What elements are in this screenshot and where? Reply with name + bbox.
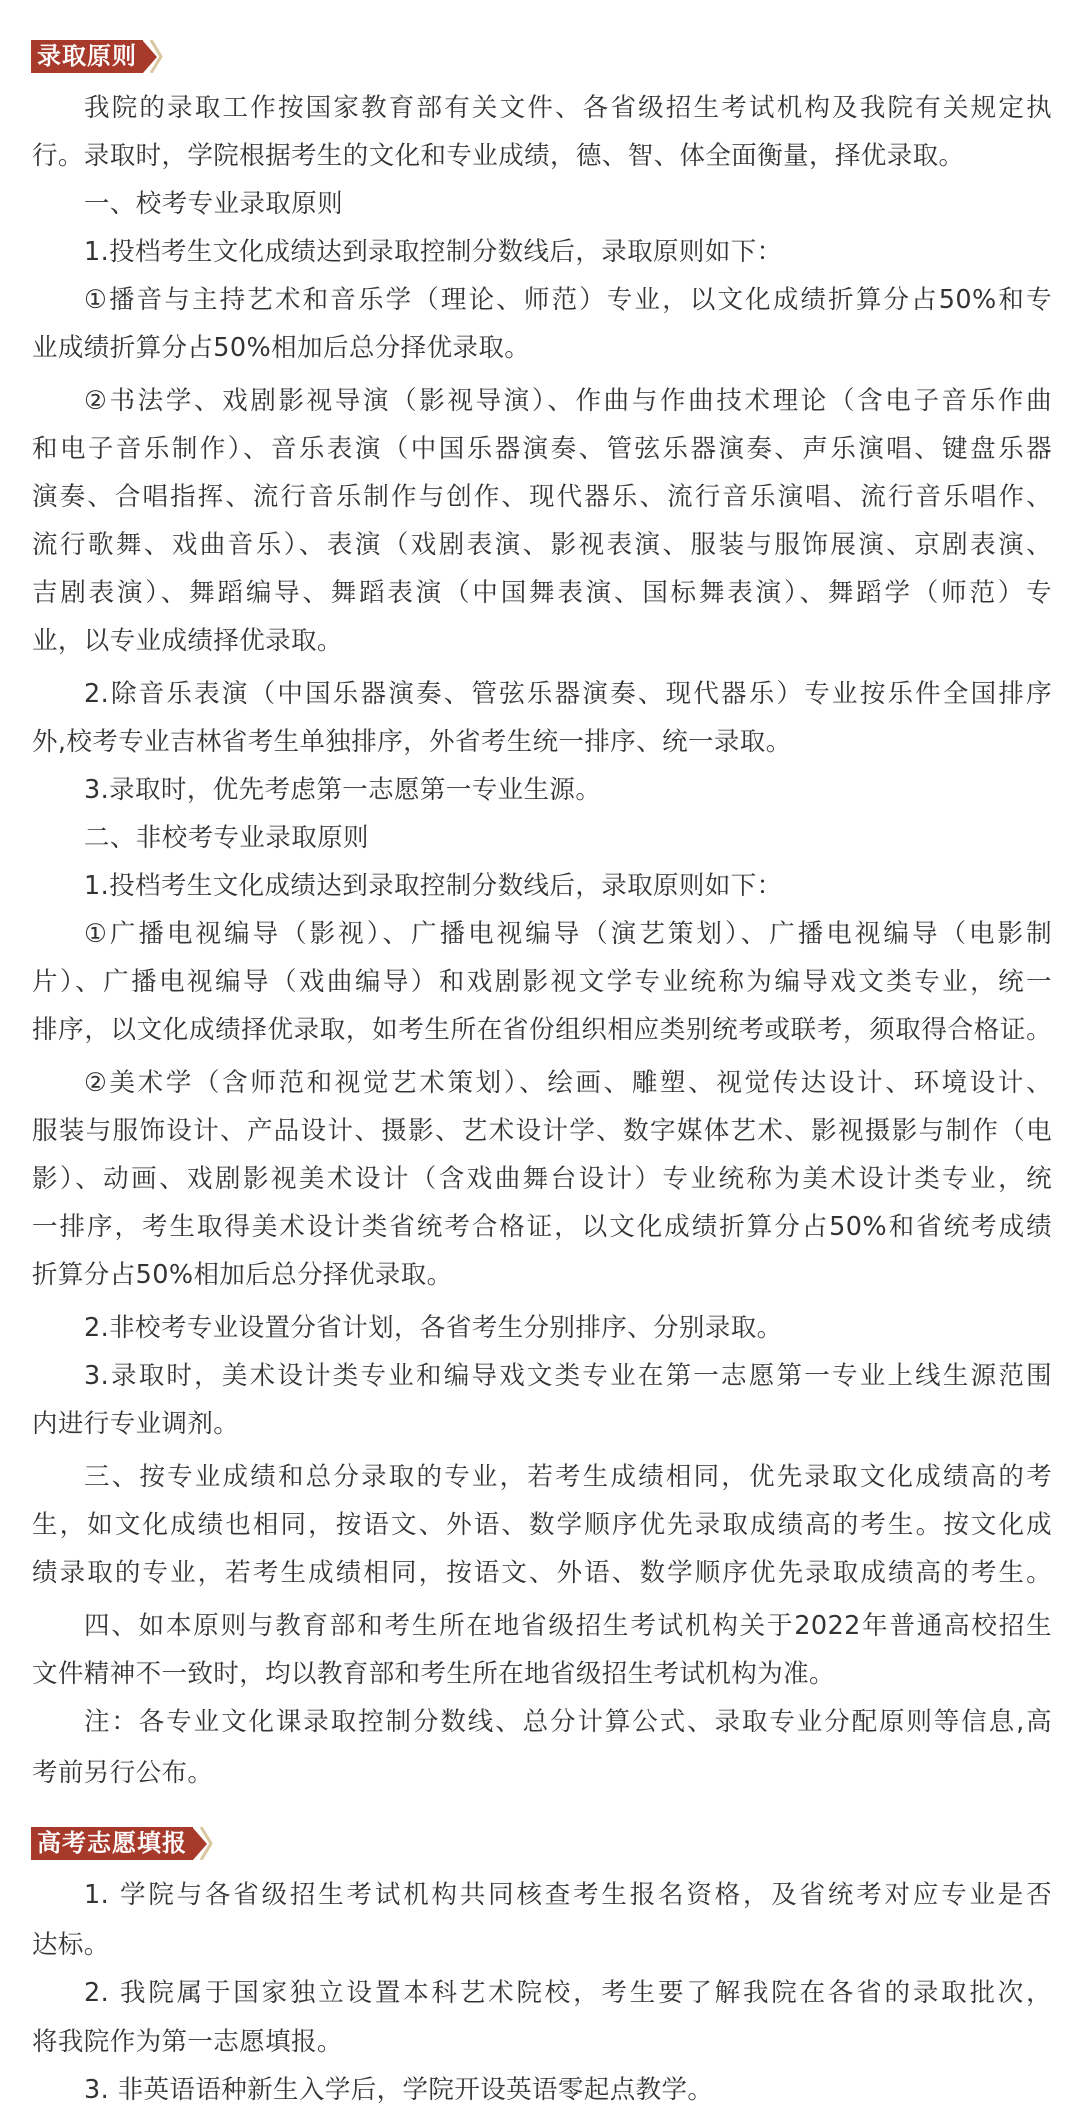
paragraph-line: 影）、动画、戏剧影视美术设计（含戏曲舞台设计）专业统称为美术设计类专业，统 bbox=[32, 1162, 1052, 1196]
paragraph-line: 行。录取时，学院根据考生的文化和专业成绩，德、智、体全面衡量，择优录取。 bbox=[32, 139, 1052, 173]
paragraph-line: 1. 学院与各省级招生考试机构共同核查考生报名资格，及省统考对应专业是否 bbox=[84, 1878, 1052, 1912]
section-header-badge: 高考志愿填报 bbox=[31, 1827, 213, 1860]
paragraph-line: 2. 我院属于国家独立设置本科艺术院校，考生要了解我院在各省的录取批次， bbox=[84, 1976, 1052, 2010]
paragraph-line: ①播音与主持艺术和音乐学（理论、师范）专业，以文化成绩折算分占50%和专 bbox=[84, 283, 1052, 317]
paragraph-line: 达标。 bbox=[32, 1928, 1052, 1962]
paragraph-line: 2.非校考专业设置分省计划，各省考生分别排序、分别录取。 bbox=[84, 1311, 1052, 1345]
paragraph-line: 3.录取时，优先考虑第一志愿第一专业生源。 bbox=[84, 773, 1052, 807]
paragraph-line: ②书法学、戏剧影视导演（影视导演）、作曲与作曲技术理论（含电子音乐作曲 bbox=[84, 384, 1052, 418]
paragraph-line: 外,校考专业吉林省考生单独排序，外省考生统一排序、统一录取。 bbox=[32, 725, 1052, 759]
paragraph-line: 生，如文化成绩也相同，按语文、外语、数学顺序优先录取成绩高的考生。按文化成 bbox=[32, 1508, 1052, 1542]
section-title: 录取原则 bbox=[31, 40, 143, 73]
paragraph-line: 将我院作为第一志愿填报。 bbox=[32, 2025, 1052, 2059]
paragraph-line: 绩录取的专业，若考生成绩相同，按语文、外语、数学顺序优先录取成绩高的考生。 bbox=[32, 1556, 1052, 1590]
paragraph-line: 3. 非英语语种新生入学后，学院开设英语零起点教学。 bbox=[84, 2073, 1052, 2104]
paragraph-line: 和电子音乐制作）、音乐表演（中国乐器演奏、管弦乐器演奏、声乐演唱、键盘乐器 bbox=[32, 432, 1052, 466]
chevron-right-icon bbox=[149, 40, 163, 73]
paragraph-line: 排序，以文化成绩择优录取，如考生所在省份组织相应类别统考或联考，须取得合格证。 bbox=[32, 1013, 1052, 1047]
paragraph-line: 四、如本原则与教育部和考生所在地省级招生考试机构关于2022年普通高校招生 bbox=[84, 1609, 1052, 1643]
paragraph-line: 我院的录取工作按国家教育部有关文件、各省级招生考试机构及我院有关规定执 bbox=[84, 91, 1052, 125]
paragraph-line: 业成绩折算分占50%相加后总分择优录取。 bbox=[32, 331, 1052, 365]
paragraph-line: 3.录取时，美术设计类专业和编导戏文类专业在第一志愿第一专业上线生源范围 bbox=[84, 1359, 1052, 1393]
paragraph-line: ①广播电视编导（影视）、广播电视编导（演艺策划）、广播电视编导（电影制 bbox=[84, 917, 1052, 951]
paragraph-line: 流行歌舞、戏曲音乐）、表演（戏剧表演、影视表演、服装与服饰展演、京剧表演、 bbox=[32, 528, 1052, 562]
paragraph-line: 1.投档考生文化成绩达到录取控制分数线后，录取原则如下： bbox=[84, 869, 1052, 903]
paragraph-line: 一排序，考生取得美术设计类省统考合格证，以文化成绩折算分占50%和省统考成绩 bbox=[32, 1210, 1052, 1244]
paragraph-line: 片）、广播电视编导（戏曲编导）和戏剧影视文学专业统称为编导戏文类专业，统一 bbox=[32, 965, 1052, 999]
paragraph-line: ②美术学（含师范和视觉艺术策划）、绘画、雕塑、视觉传达设计、环境设计、 bbox=[84, 1066, 1052, 1100]
section-header-badge: 录取原则 bbox=[31, 40, 163, 73]
paragraph-line: 注：各专业文化课录取控制分数线、总分计算公式、录取专业分配原则等信息,高 bbox=[84, 1705, 1052, 1739]
chevron-right-icon bbox=[199, 1827, 213, 1860]
paragraph-line: 业，以专业成绩择优录取。 bbox=[32, 624, 1052, 658]
paragraph-line: 考前另行公布。 bbox=[32, 1756, 1052, 1790]
paragraph-line: 三、按专业成绩和总分录取的专业，若考生成绩相同，优先录取文化成绩高的考 bbox=[84, 1460, 1052, 1494]
paragraph-line: 演奏、合唱指挥、流行音乐制作与创作、现代器乐、流行音乐演唱、流行音乐唱作、 bbox=[32, 480, 1052, 514]
paragraph-line: 内进行专业调剂。 bbox=[32, 1407, 1052, 1441]
paragraph-line: 吉剧表演）、舞蹈编导、舞蹈表演（中国舞表演、国标舞表演）、舞蹈学（师范）专 bbox=[32, 576, 1052, 610]
paragraph-line: 文件精神不一致时，均以教育部和考生所在地省级招生考试机构为准。 bbox=[32, 1657, 1052, 1691]
paragraph-line: 2.除音乐表演（中国乐器演奏、管弦乐器演奏、现代器乐）专业按乐件全国排序 bbox=[84, 677, 1052, 711]
paragraph-line: 二、非校考专业录取原则 bbox=[84, 821, 1052, 855]
paragraph-line: 服装与服饰设计、产品设计、摄影、艺术设计学、数字媒体艺术、影视摄影与制作（电 bbox=[32, 1114, 1052, 1148]
paragraph-line: 一、校考专业录取原则 bbox=[84, 187, 1052, 221]
section-title: 高考志愿填报 bbox=[31, 1827, 193, 1860]
paragraph-line: 折算分占50%相加后总分择优录取。 bbox=[32, 1258, 1052, 1292]
paragraph-line: 1.投档考生文化成绩达到录取控制分数线后，录取原则如下： bbox=[84, 235, 1052, 269]
